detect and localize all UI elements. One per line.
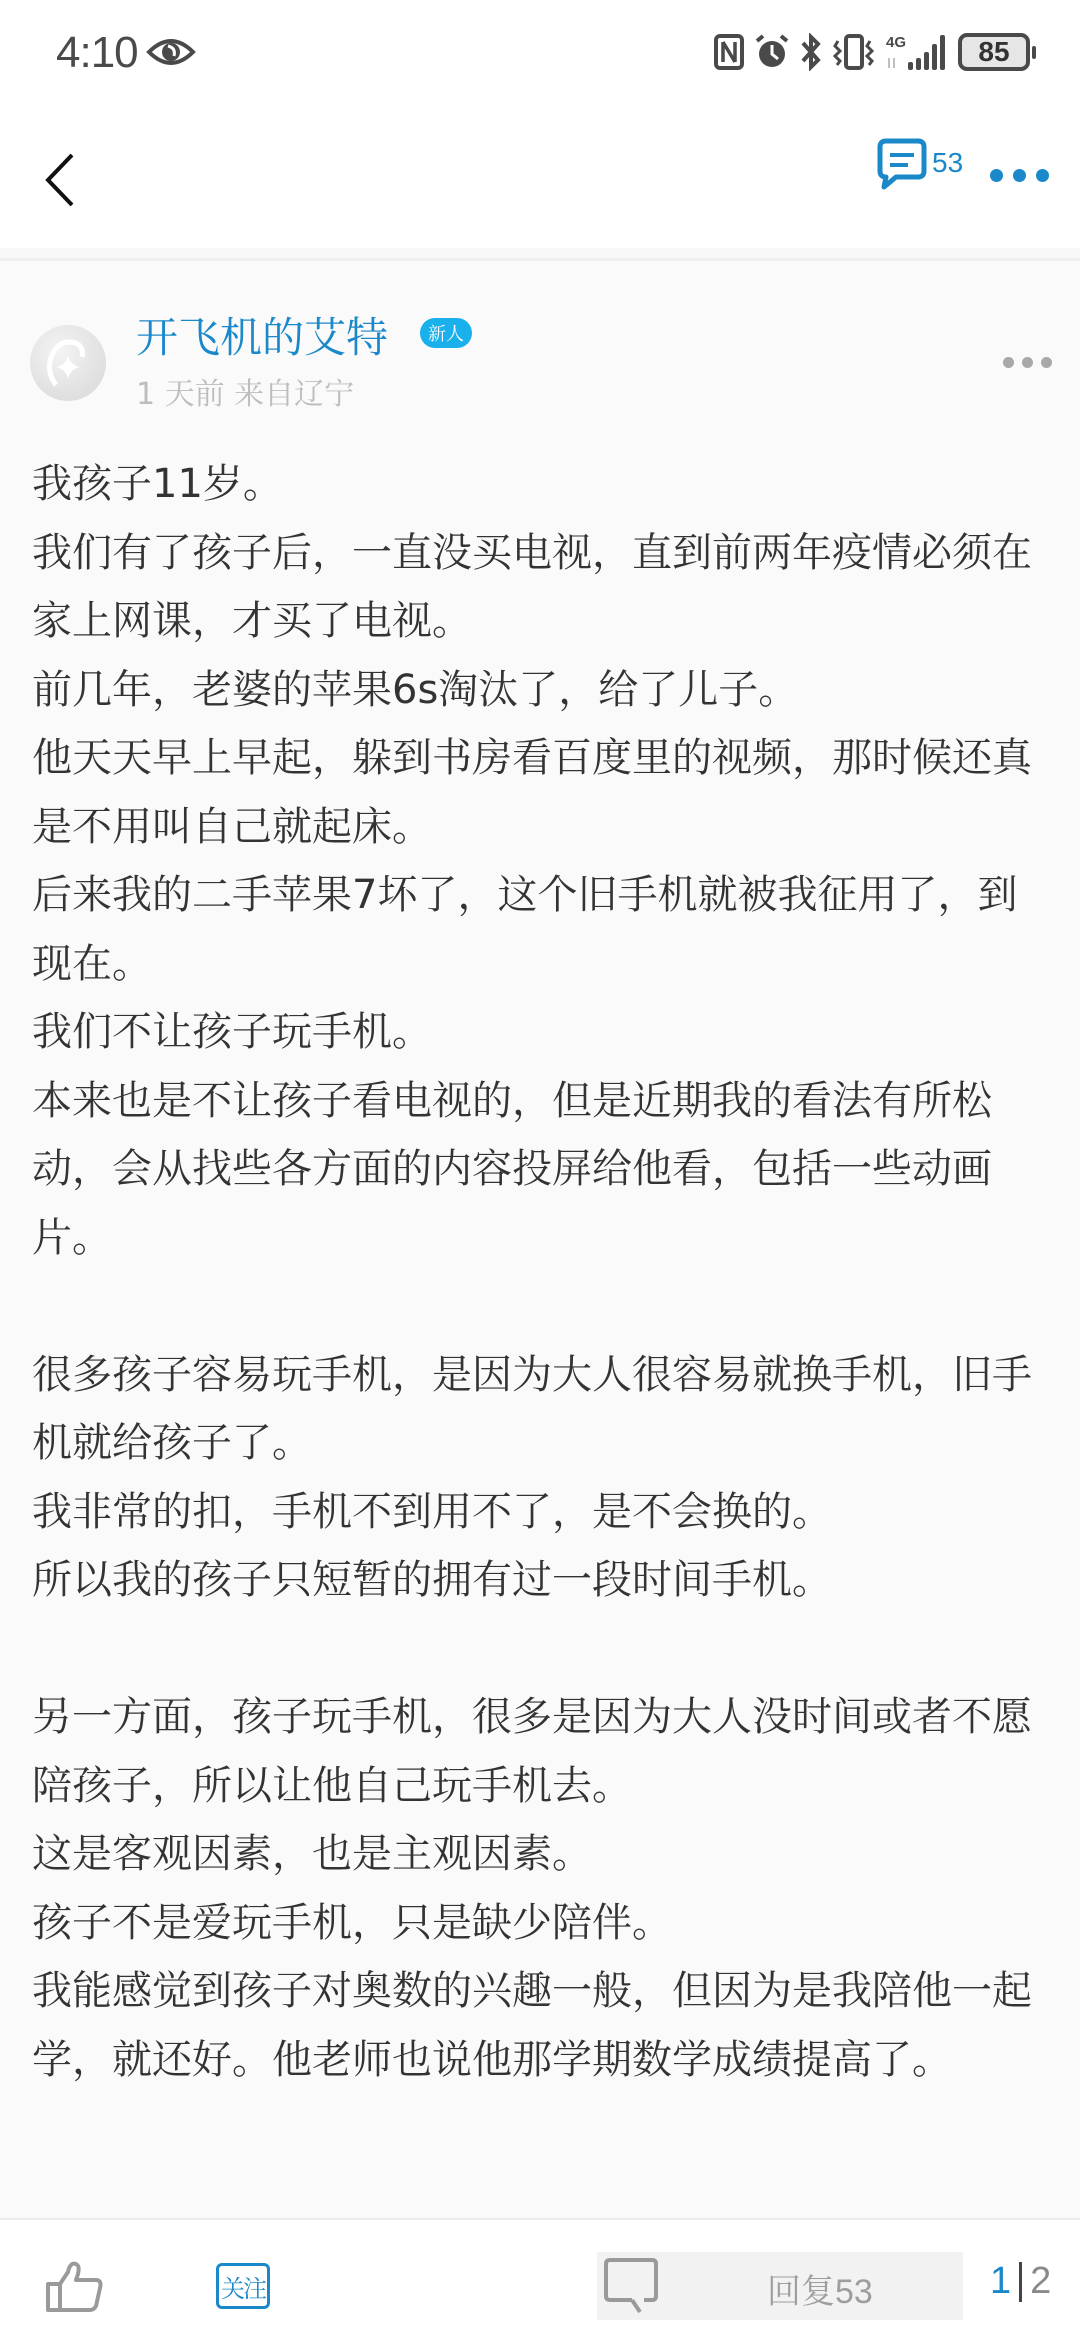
paragraph: 所以我的孩子只短暂的拥有过一段时间手机。	[32, 1546, 1052, 1615]
battery-icon: 85	[958, 33, 1030, 71]
comment-bubble-icon[interactable]	[872, 135, 932, 205]
status-icons: 4G 85	[714, 30, 1030, 74]
dot-icon	[1036, 169, 1049, 182]
paragraph-gap	[32, 1272, 1052, 1341]
new-user-badge: 新人	[420, 318, 472, 348]
follow-button[interactable]: 关注	[216, 2263, 270, 2309]
chevron-left-icon[interactable]	[36, 145, 86, 215]
paragraph: 我们有了孩子后，一直没买电视，直到前两年疫情必须在家上网课，才买了电视。	[32, 519, 1052, 656]
avatar-placeholder-icon	[30, 325, 106, 401]
paragraph: 很多孩子容易玩手机，是因为大人很容易就换手机，旧手机就给孩子了。	[32, 1341, 1052, 1478]
4g-signal-icon: 4G	[886, 32, 948, 72]
author-name[interactable]: 开飞机的艾特	[136, 305, 388, 365]
paragraph: 另一方面，孩子玩手机，很多是因为大人没时间或者不愿陪孩子，所以让他自己玩手机去。	[32, 1683, 1052, 1820]
status-time: 4:10	[56, 28, 138, 78]
status-bar: 4:10 4G 85	[0, 0, 1080, 105]
post-meta: 1 天前 来自辽宁	[136, 369, 354, 413]
bluetooth-icon	[800, 33, 822, 71]
page-separator	[1019, 2262, 1022, 2302]
dot-icon	[1003, 357, 1014, 368]
reply-bubble-icon	[602, 2256, 660, 2316]
paragraph: 后来我的二手苹果7坏了，这个旧手机就被我征用了，到现在。	[32, 861, 1052, 998]
paragraph: 我非常的扣，手机不到用不了，是不会换的。	[32, 1478, 1052, 1547]
paragraph-gap	[32, 1615, 1052, 1684]
more-options-button[interactable]	[990, 160, 1054, 190]
page-indicator[interactable]: 1 2	[990, 2260, 1051, 2303]
thumbs-up-icon[interactable]	[44, 2258, 106, 2314]
post-body: 我孩子11岁。 我们有了孩子后，一直没买电视，直到前两年疫情必须在家上网课，才买…	[32, 450, 1052, 2094]
divider	[0, 248, 1080, 258]
reply-label: 回复53	[767, 2264, 873, 2313]
current-page: 1	[990, 2260, 1011, 2303]
paragraph: 这是客观因素，也是主观因素。	[32, 1820, 1052, 1889]
dot-icon	[1022, 357, 1033, 368]
total-pages: 2	[1030, 2260, 1051, 2303]
post-more-button[interactable]	[1003, 357, 1052, 368]
nfc-icon	[714, 34, 744, 70]
avatar[interactable]	[30, 325, 106, 401]
reply-input[interactable]: 回复53	[597, 2252, 963, 2320]
bottom-action-bar: 关注 回复53 1 2	[0, 2218, 1080, 2340]
dot-icon	[1041, 357, 1052, 368]
svg-text:4G: 4G	[886, 34, 906, 51]
vibrate-icon	[832, 33, 876, 71]
paragraph: 前几年，老婆的苹果6s淘汰了，给了儿子。	[32, 656, 1052, 725]
paragraph: 孩子不是爱玩手机，只是缺少陪伴。	[32, 1889, 1052, 1958]
dot-icon	[990, 169, 1003, 182]
paragraph: 我们不让孩子玩手机。	[32, 998, 1052, 1067]
paragraph: 本来也是不让孩子看电视的，但是近期我的看法有所松动，会从找些各方面的内容投屏给他…	[32, 1067, 1052, 1273]
dot-icon	[1013, 169, 1026, 182]
comment-count: 53	[932, 147, 963, 179]
nav-header: 53	[0, 105, 1080, 248]
alarm-icon	[754, 33, 790, 71]
paragraph: 我能感觉到孩子对奥数的兴趣一般，但因为是我陪他一起学，就还好。他老师也说他那学期…	[32, 1957, 1052, 2094]
author-row: 开飞机的艾特 新人 1 天前 来自辽宁	[0, 261, 1080, 411]
eye-icon	[146, 34, 196, 70]
paragraph: 他天天早上早起，躲到书房看百度里的视频，那时候还真是不用叫自己就起床。	[32, 724, 1052, 861]
paragraph: 我孩子11岁。	[32, 450, 1052, 519]
